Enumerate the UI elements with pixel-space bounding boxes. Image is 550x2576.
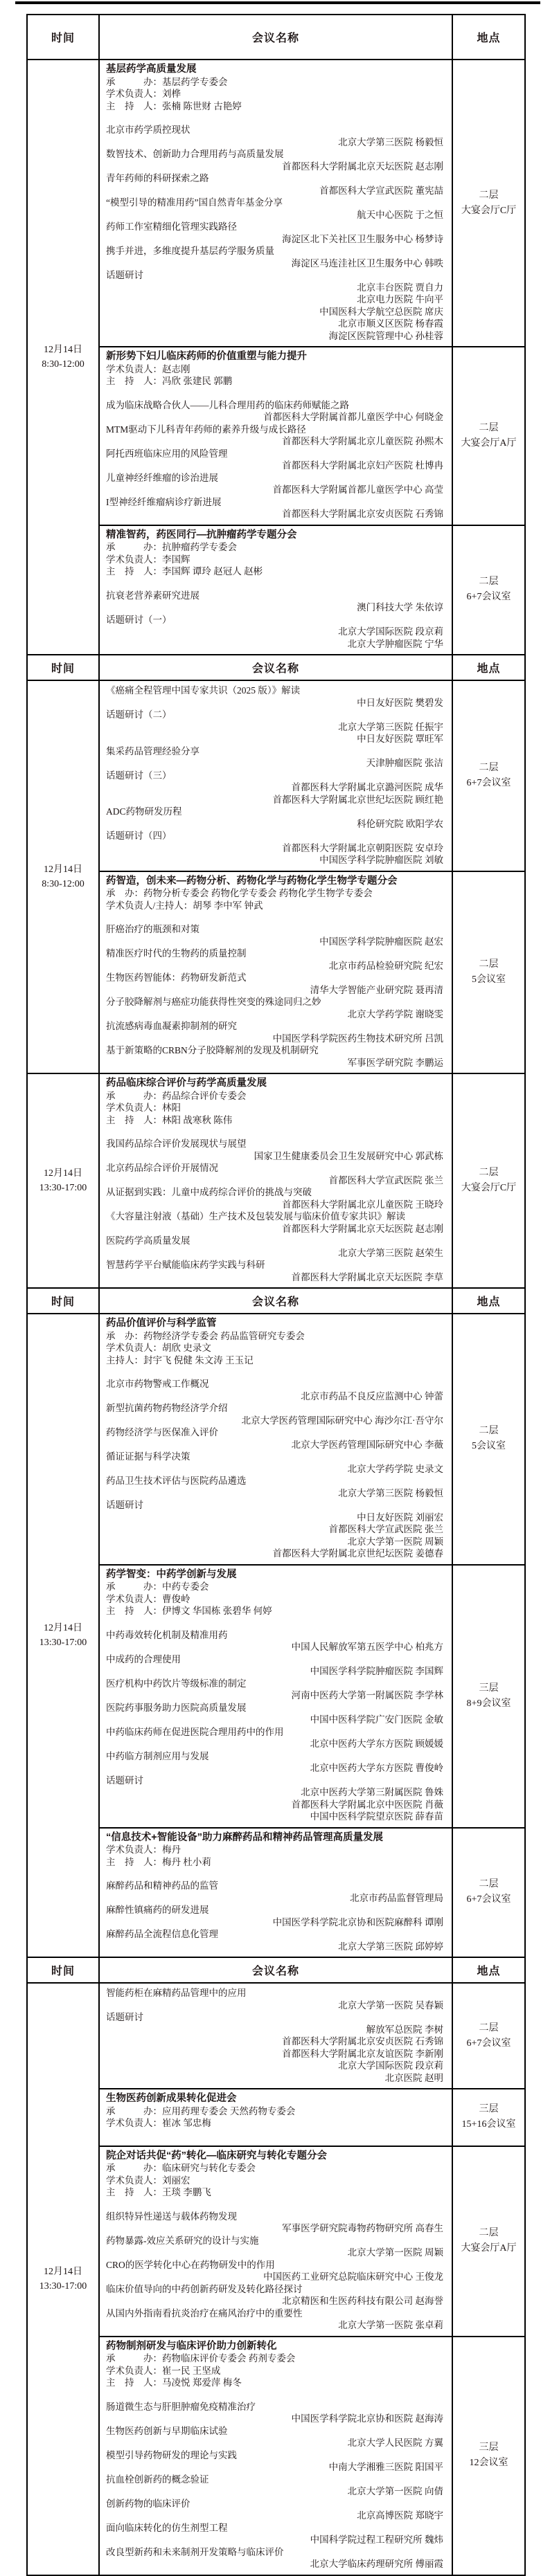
talk-item: 智能药柜在麻精药品管理中的应用北京大学第一医院 吴春颖 [106, 1987, 446, 2011]
session-meta-line: 学术负责人：崔一民 王坚成 [106, 2365, 446, 2377]
talk-item: 中药毒效转化机制及精准用药中国人民解放军第五医学中心 柏兆方 [106, 1629, 446, 1653]
talk-speaker: 首都医科大学附属北京儿童医院 王晓玲 [106, 1199, 446, 1211]
talk-item: 肝癌治疗的瓶颈和对策中国医学科学院肿瘤医院 赵宏 [106, 923, 446, 947]
talk-item: 话题研讨（二）北京大学第三医院 任振宇中日友好医院 覃旺军 [106, 709, 446, 745]
talk-speaker: 北京大学第一医院 向倩 [106, 2485, 446, 2498]
column-header-time: 时间 [27, 15, 99, 60]
talk-speaker: 中日友好医院 覃旺军 [106, 733, 446, 745]
session-header-block: 精准智药，药医同行—抗肿瘤药学专题分会承 办：抗肿瘤药学专委会学术负责人：李国辉… [106, 529, 446, 578]
talk-title: 组织特异性递送与载体药物发现 [106, 2211, 446, 2223]
talk-speaker: 首都医科大学宣武医院 董宪喆 [106, 185, 446, 197]
talk-speaker: 北京市顺义区医院 杨春霞 [106, 318, 446, 330]
talk-title: 抗血栓创新药的概念验证 [106, 2474, 446, 2486]
talk-speaker: 河南中医药大学第一附属医院 李学林 [106, 1689, 446, 1702]
talk-item: “模型引导的精准用药”国自然青年基金分享航天中心医院 于之恒 [106, 197, 446, 221]
header-row: 时间会议名称地点 [27, 1288, 525, 1314]
talk-speaker: 北京大学第三医院 杨毅恒 [106, 136, 446, 149]
talk-item: 话题研讨解放军总医院 李树首都医科大学附属北京安贞医院 石秀锦首都医科大学附属北… [106, 2011, 446, 2084]
location-cell: 二层6+7会议室 [452, 1983, 525, 2089]
location-cell: 二层5会议室 [452, 871, 525, 1074]
talk-item: 麻醉药品全流程信息化管理北京大学第三医院 邱婷婷 [106, 1928, 446, 1952]
session-meta-line: 主 持 人：林阳 战寒秋 陈伟 [106, 1114, 446, 1127]
talk-speaker: 首都医科大学附属北京天坛医院 赵志刚 [106, 1223, 446, 1235]
talk-speaker: 北京市药品不良反应监测中心 钟蕾 [106, 1390, 446, 1403]
talk-speaker: 北京大学第一医院 周颖 [106, 1536, 446, 1548]
talk-title: MTM驱动下儿科青年药师的素养升级与成长路径 [106, 424, 446, 436]
talk-speaker: 首都医科大学附属北京中医医院 肖薇 [106, 1799, 446, 1811]
schedule-table-head: 时间会议名称地点 [27, 15, 525, 60]
talk-item: 创新药物的临床评价北京高博医院 郑晓宇 [106, 2498, 446, 2522]
talk-title: 话题研讨 [106, 1775, 446, 1787]
session-row: 12月14日13:30-17:00药品价值评价与科学监管承 办：药物经济学专委会… [27, 1314, 525, 1565]
talk-speaker: 北京医院 赵明 [106, 2072, 446, 2085]
talk-speaker: 首都医科大学宣武医院 张兰 [106, 1523, 446, 1536]
talk-speaker: 北京大学临床药理研究所 傅丽霞 [106, 2558, 446, 2570]
location-line: 二层 [454, 1877, 523, 1892]
talk-title: 中成药的合理使用 [106, 1653, 446, 1666]
column-header-time: 时间 [27, 1957, 99, 1983]
session-cell: 精准智药，药医同行—抗肿瘤药学专题分会承 办：抗肿瘤药学专委会学术负责人：李国辉… [99, 525, 452, 655]
session-title: 院企对话共促“药”转化—临床研究与转化专题分会 [106, 2150, 446, 2163]
talk-speaker: 中国中医科学院广安门医院 金敏 [106, 1714, 446, 1726]
talk-item: 中药临方制剂应用与发展北京中医药大学东方医院 曹俊岭 [106, 1750, 446, 1775]
talk-speaker: 海淀区马连洼社区卫生服务中心 韩昳 [106, 257, 446, 270]
session-row: 药物制剂研发与临床评价助力创新转化承 办：药物临床评价专委会 药剂专委会学术负责… [27, 2337, 525, 2575]
talk-speaker: 中日友好医院 樊碧发 [106, 697, 446, 709]
talk-title: 改良型新药和未来制剂开发策略与临床评价 [106, 2546, 446, 2559]
talk-title: 抗流感病毒血凝素抑制剂的研究 [106, 1020, 446, 1033]
session-row: 12月14日8:30-12:00基层药学高质量发展承 办：基层药学专委会学术负责… [27, 60, 525, 347]
schedule-table: 时间会议名称地点12月14日13:30-17:00药品价值评价与科学监管承 办：… [26, 1287, 526, 1958]
talk-speaker: 首都医科大学附属首都儿童医学中心 何晓金 [106, 411, 446, 424]
session-title: 基层药学高质量发展 [106, 64, 446, 76]
talk-title: 创新药物的临床评价 [106, 2498, 446, 2510]
location-line: 三层 [454, 2440, 523, 2456]
session-cell: 智能药柜在麻精药品管理中的应用北京大学第一医院 吴春颖话题研讨解放军总医院 李树… [99, 1983, 452, 2089]
time-line: 13:30-17:00 [29, 2279, 97, 2294]
session-meta-line: 学术负责人：梅丹 [106, 1844, 446, 1856]
talk-title: 阿托西班临床应用的风险管理 [106, 448, 446, 460]
time-cell: 12月14日13:30-17:00 [27, 1314, 99, 1957]
talk-speaker: 北京大学药学院 史录文 [106, 1463, 446, 1476]
session-title: 药品价值评价与科学监管 [106, 1318, 446, 1330]
location-line: 8+9会议室 [454, 1696, 523, 1712]
talk-title: 临床价值导向的中药创新药研发及转化路径探讨 [106, 2283, 446, 2296]
talk-speaker: 中国医学科学院医药生物技术研究所 吕凯 [106, 1033, 446, 1045]
session-header-block: 院企对话共促“药”转化—临床研究与转化专题分会承 办：临床研究与转化专委会学术负… [106, 2150, 446, 2199]
location-line: 6+7会议室 [454, 2036, 523, 2051]
session-meta-line: 学术负责人：刘丽宏 [106, 2175, 446, 2187]
session-meta-line: 承 办：药品综合评价专委会 [106, 1090, 446, 1103]
talk-title: 话题研讨（一） [106, 614, 446, 626]
talk-item: 数智技术、创新助力合理用药与高质量发展首都医科大学附属北京天坛医院 赵志刚 [106, 148, 446, 172]
column-header-time: 时间 [27, 655, 99, 680]
talk-title: 基于新策略的CRBN分子胶降解剂的发现及机制研究 [106, 1044, 446, 1057]
talk-item: 临床价值导向的中药创新药研发及转化路径探讨北京精医和生医药科技有限公司 赵海誉 [106, 2283, 446, 2307]
talk-item: 药品卫生技术评估与医院药品遴选北京大学第三医院 杨毅恒 [106, 1475, 446, 1499]
session-meta-line: 承 办：抗肿瘤药学专委会 [106, 541, 446, 554]
talk-title: 药物暴露-效应关系研究的设计与实施 [106, 2235, 446, 2247]
talk-speaker: 首都医科大学附属北京安贞医院 石秀锦 [106, 2035, 446, 2048]
location-line: 6+7会议室 [454, 590, 523, 605]
header-row: 时间会议名称地点 [27, 655, 525, 680]
session-meta-line: 学术负责人：林阳 [106, 1102, 446, 1114]
talk-item: 《大容量注射液（基础）生产技术及包装发展与临床价值专家共识》解读首都医科大学附属… [106, 1210, 446, 1235]
talk-speaker: 科伦研究院 欧阳学农 [106, 818, 446, 831]
page-top-rule [15, 1, 540, 4]
talk-speaker: 北京大学第一医院 周颖 [106, 2247, 446, 2259]
location-line: 15+16会议室 [454, 2117, 523, 2132]
talk-speaker: 中南大学湘雅三医院 阳国平 [106, 2461, 446, 2474]
talk-title: 成为临床战略合伙人——儿科合理用药的临床药师赋能之路 [106, 399, 446, 412]
talk-speaker: 北京大学医药管理国际研究中心 李薇 [106, 1439, 446, 1451]
session-cell: 新形势下妇儿临床药师的价值重塑与能力提升学术负责人：赵志刚主 持 人：冯欣 张建… [99, 347, 452, 525]
talk-speaker: 中国医学科学院肿瘤医院 李国辉 [106, 1665, 446, 1678]
talk-speaker: 天津肿瘤医院 张洁 [106, 757, 446, 770]
talk-title: 模型引导药物研发的理论与实践 [106, 2449, 446, 2462]
session-row: “信息技术+智能设备”助力麻醉药品和精神药品管理高质量发展学术负责人：梅丹主 持… [27, 1828, 525, 1958]
talk-speaker: 北京市药品监督管理局 [106, 1892, 446, 1905]
session-header-block: 药智造，创未来—药物分析、药物化学与药物化学生物学专题分会承 办：药物分析专委会… [106, 876, 446, 912]
talk-speaker: 北京大学国际医院 段京莉 [106, 2060, 446, 2072]
session-meta-line: 承 办：中药专委会 [106, 1581, 446, 1593]
talk-item: 抗血栓创新药的概念验证北京大学第一医院 向倩 [106, 2474, 446, 2498]
location-line: 大宴会厅C厅 [454, 1181, 523, 1196]
talk-title: 生物医药智能体：药物研发新范式 [106, 972, 446, 984]
talk-speaker: 军事医学研究院毒物药物研究所 高春生 [106, 2222, 446, 2235]
session-meta-line: 承 办：应用药理专委会 天然药物专委会 [106, 2105, 446, 2118]
session-meta-line: 主 持 人：李国辉 谭玲 赵冠人 赵彬 [106, 565, 446, 578]
session-row: 新形势下妇儿临床药师的价值重塑与能力提升学术负责人：赵志刚主 持 人：冯欣 张建… [27, 347, 525, 525]
location-line: 大宴会厅A厅 [454, 2241, 523, 2256]
session-title: 药智造，创未来—药物分析、药物化学与药物化学生物学专题分会 [106, 876, 446, 888]
session-cell: 药学智变：中药学创新与发展承 办：中药专委会学术负责人：曹俊岭主 持 人：伊博文… [99, 1565, 452, 1828]
session-row: 12月14日13:30-17:00智能药柜在麻精药品管理中的应用北京大学第一医院… [27, 1983, 525, 2089]
session-cell: 《癌痛全程管理中国专家共识（2025 版）》解读中日友好医院 樊碧发话题研讨（二… [99, 680, 452, 871]
talk-speaker: 首都医科大学附属北京安贞医院 石秀锦 [106, 508, 446, 520]
talk-item: 成为临床战略合伙人——儿科合理用药的临床药师赋能之路首都医科大学附属首都儿童医学… [106, 399, 446, 424]
talk-speaker: 中国医药工业研究总院临床研究中心 王俊龙 [106, 2271, 446, 2283]
talk-item: 青年药师的科研探索之路首都医科大学宣武医院 董宪喆 [106, 172, 446, 197]
time-line: 12月14日 [29, 2265, 97, 2279]
talk-speaker: 中国医科大学航空总医院 席庆 [106, 306, 446, 318]
location-line: 二层 [454, 188, 523, 203]
time-line: 8:30-12:00 [29, 877, 97, 891]
talk-item: 智慧药学平台赋能临床药学实践与科研首都医科大学附属北京天坛医院 李草 [106, 1259, 446, 1283]
talk-title: 麻醉性镇痛药的研发进展 [106, 1904, 446, 1916]
time-cell: 12月14日13:30-17:00 [27, 1983, 99, 2575]
header-row: 时间会议名称地点 [27, 15, 525, 60]
talk-speaker: 海淀区北下关社区卫生服务中心 杨梦诗 [106, 233, 446, 246]
talk-item: 话题研讨（一）北京大学国际医院 段京莉北京大学肿瘤医院 宁华 [106, 614, 446, 651]
talk-title: I型神经纤维瘤病诊疗新进展 [106, 496, 446, 509]
talk-item: 药物经济学与医保准入评价北京大学医药管理国际研究中心 李薇 [106, 1426, 446, 1451]
talk-item: ADC药物研发历程科伦研究院 欧阳学农 [106, 806, 446, 830]
session-header-block: 基层药学高质量发展承 办：基层药学专委会学术负责人：刘桦主 持 人：张楠 陈世财… [106, 64, 446, 112]
talk-speaker: 北京大学第三医院 任振宇 [106, 721, 446, 734]
talk-title: 中药临床药师在促进医院合理用药中的作用 [106, 1726, 446, 1739]
talk-title: 智能药柜在麻精药品管理中的应用 [106, 1987, 446, 1999]
talk-title: 《癌痛全程管理中国专家共识（2025 版）》解读 [106, 684, 446, 697]
session-title: 新形势下妇儿临床药师的价值重塑与能力提升 [106, 351, 446, 363]
session-row: 药智造，创未来—药物分析、药物化学与药物化学生物学专题分会承 办：药物分析专委会… [27, 871, 525, 1074]
talk-title: 话题研讨（二） [106, 709, 446, 721]
talk-speaker: 北京大学第三医院 杨毅恒 [106, 1487, 446, 1500]
location-line: 大宴会厅C厅 [454, 203, 523, 219]
session-meta-line: 主 持 人：马凌悦 郑爱萍 梅冬 [106, 2377, 446, 2389]
location-line: 二层 [454, 2021, 523, 2036]
talk-item: 医疗机构中药饮片等级标准的制定河南中医药大学第一附属医院 李学林 [106, 1678, 446, 1702]
talk-item: 药物暴露-效应关系研究的设计与实施北京大学第一医院 周颖 [106, 2235, 446, 2259]
talk-item: 话题研讨中日友好医院 刘丽宏首都医科大学宣武医院 张兰北京大学第一医院 周颖首都… [106, 1499, 446, 1560]
talk-item: 基于新策略的CRBN分子胶降解剂的发现及机制研究军事医学研究院 李鹏运 [106, 1044, 446, 1069]
time-line: 13:30-17:00 [29, 1635, 97, 1650]
column-header-location: 地点 [452, 15, 525, 60]
talk-speaker: 首都医科大学附属北京世纪坛医院 顾红艳 [106, 794, 446, 806]
session-meta-line: 主 持 人：伊博文 华国栋 张碧华 何婷 [106, 1605, 446, 1617]
session-header-block: 药学智变：中药学创新与发展承 办：中药专委会学术负责人：曹俊岭主 持 人：伊博文… [106, 1569, 446, 1617]
session-cell: 院企对话共促“药”转化—临床研究与转化专题分会承 办：临床研究与转化专委会学术负… [99, 2146, 452, 2337]
location-line: 二层 [454, 957, 523, 972]
talk-item: 药师工作室精细化管理实践路径海淀区北下关社区卫生服务中心 杨梦诗 [106, 221, 446, 245]
talk-item: 话题研讨北京丰台医院 贾自力北京电力医院 牛向平中国医科大学航空总医院 席庆北京… [106, 269, 446, 342]
location-cell: 二层5会议室 [452, 1314, 525, 1565]
talk-title: 北京市药学质控现状 [106, 124, 446, 136]
talk-speaker: 首都医科大学附属北京世纪坛医院 姜德春 [106, 1548, 446, 1560]
session-row: 生物医药创新成果转化促进会承 办：应用药理专委会 天然药物专委会学术负责人：崔冰… [27, 2089, 525, 2146]
location-cell: 三层15+16会议室 [452, 2089, 525, 2146]
session-header-block: 药品价值评价与科学监管承 办：药物经济学专委会 药品监管研究专委会学术负责人：胡… [106, 1318, 446, 1366]
location-cell: 二层大宴会厅A厅 [452, 2146, 525, 2337]
session-row: 12月14日8:30-12:00《癌痛全程管理中国专家共识（2025 版）》解读… [27, 680, 525, 871]
location-line: 三层 [454, 1681, 523, 1696]
time-line: 12月14日 [29, 1166, 97, 1181]
talk-speaker: 首都医科大学附属北京友谊医院 李新刚 [106, 2048, 446, 2060]
session-meta-line: 学术负责人：胡欣 史录文 [106, 1342, 446, 1354]
talk-speaker: 航天中心医院 于之恒 [106, 209, 446, 221]
talk-speaker: 北京精医和生医药科技有限公司 赵海誉 [106, 2295, 446, 2307]
talk-title: 从证据到实践：儿童中成药综合评价的挑战与突破 [106, 1186, 446, 1199]
session-title: 药物制剂研发与临床评价助力创新转化 [106, 2341, 446, 2353]
talk-speaker: 澳门科技大学 朱依谆 [106, 601, 446, 614]
location-cell: 三层8+9会议室 [452, 1565, 525, 1828]
schedule-table-body: 12月14日8:30-12:00《癌痛全程管理中国专家共识（2025 版）》解读… [27, 680, 525, 1288]
talk-title: 麻醉药品和精神药品的监管 [106, 1880, 446, 1892]
session-cell: 生物医药创新成果转化促进会承 办：应用药理专委会 天然药物专委会学术负责人：崔冰… [99, 2089, 452, 2146]
location-line: 6+7会议室 [454, 1892, 523, 1907]
talk-title: 北京药品综合评价开展情况 [106, 1162, 446, 1174]
column-header-name: 会议名称 [99, 1957, 452, 1983]
talk-speaker: 北京大学医药管理国际研究中心 海沙尔江·吾守尔 [106, 1415, 446, 1427]
time-cell: 12月14日13:30-17:00 [27, 1073, 99, 1288]
talk-speaker: 北京大学肿瘤医院 宁华 [106, 638, 446, 651]
session-header-block: “信息技术+智能设备”助力麻醉药品和精神药品管理高质量发展学术负责人：梅丹主 持… [106, 1832, 446, 1869]
time-line: 8:30-12:00 [29, 357, 97, 372]
talk-title: 医院药事服务助力医院高质量发展 [106, 1702, 446, 1714]
talk-speaker: 北京大学药学院 谢晓雯 [106, 1008, 446, 1021]
session-meta-line: 学术负责人：刘桦 [106, 88, 446, 100]
location-line: 6+7会议室 [454, 776, 523, 791]
session-cell: 药品价值评价与科学监管承 办：药物经济学专委会 药品监管研究专委会学术负责人：胡… [99, 1314, 452, 1565]
talk-title: 话题研讨（四） [106, 830, 446, 842]
talk-speaker: 北京电力医院 牛向平 [106, 293, 446, 306]
talk-item: 携手并进，多维度提升基层药学服务质量海淀区马连洼社区卫生服务中心 韩昳 [106, 245, 446, 269]
session-title: 药品临床综合评价与药学高质量发展 [106, 1078, 446, 1090]
session-meta-line: 学术负责人：曹俊岭 [106, 1593, 446, 1606]
talk-item: 从证据到实践：儿童中成药综合评价的挑战与突破首都医科大学附属北京儿童医院 王晓玲 [106, 1186, 446, 1210]
location-line: 12会议室 [454, 2456, 523, 2471]
time-cell: 12月14日8:30-12:00 [27, 60, 99, 655]
talk-title: ADC药物研发历程 [106, 806, 446, 818]
session-cell: 基层药学高质量发展承 办：基层药学专委会学术负责人：刘桦主 持 人：张楠 陈世财… [99, 60, 452, 347]
location-cell: 二层大宴会厅C厅 [452, 1073, 525, 1288]
location-cell: 二层大宴会厅A厅 [452, 347, 525, 525]
talk-title: 新型抗菌药物药物经济学介绍 [106, 1402, 446, 1415]
talk-title: 话题研讨 [106, 2011, 446, 2024]
talk-item: 话题研讨（四）首都医科大学附属北京朝阳医院 安卓玲中国医学科学院肿瘤医院 刘敏 [106, 830, 446, 867]
talk-item: 分子胶降解剂与癌症功能获得性突变的殊途同归之妙北京大学药学院 谢晓雯 [106, 996, 446, 1020]
session-meta-line: 学术负责人：崔冰 邹忠梅 [106, 2117, 446, 2130]
talk-speaker: 解放军总医院 李树 [106, 2024, 446, 2036]
talk-title: CRO的医学转化中心在药物研发中的作用 [106, 2259, 446, 2271]
talk-speaker: 北京高博医院 郑晓宇 [106, 2510, 446, 2522]
talk-item: 北京市药学质控现状北京大学第三医院 杨毅恒 [106, 124, 446, 148]
session-meta-line: 学术负责人：赵志刚 [106, 363, 446, 376]
talk-title: 中药临方制剂应用与发展 [106, 1750, 446, 1763]
session-cell: 药物制剂研发与临床评价助力创新转化承 办：药物临床评价专委会 药剂专委会学术负责… [99, 2337, 452, 2575]
location-line: 二层 [454, 1424, 523, 1439]
talk-item: 组织特异性递送与载体药物发现军事医学研究院毒物药物研究所 高春生 [106, 2211, 446, 2235]
talk-title: 药物经济学与医保准入评价 [106, 1426, 446, 1439]
session-title: 生物医药创新成果转化促进会 [106, 2093, 446, 2105]
talk-item: MTM驱动下儿科青年药师的素养升级与成长路径首都医科大学附属北京儿童医院 孙熙木 [106, 424, 446, 448]
session-row: 院企对话共促“药”转化—临床研究与转化专题分会承 办：临床研究与转化专委会学术负… [27, 2146, 525, 2337]
talk-title: 药品卫生技术评估与医院药品遴选 [106, 1475, 446, 1487]
talk-item: 医院药事服务助力医院高质量发展中国中医科学院广安门医院 金敏 [106, 1702, 446, 1726]
time-line: 12月14日 [29, 862, 97, 877]
session-meta-line: 主 持 人：王琰 李鹏飞 [106, 2186, 446, 2199]
talk-title: 儿童神经纤维瘤的诊治进展 [106, 472, 446, 484]
schedule-table: 时间会议名称地点12月14日13:30-17:00智能药柜在麻精药品管理中的应用… [26, 1957, 526, 2576]
talk-title: 智慧药学平台赋能临床药学实践与科研 [106, 1259, 446, 1271]
talk-speaker: 北京中医药大学东方医院 顾媛媛 [106, 1738, 446, 1750]
column-header-name: 会议名称 [99, 15, 452, 60]
location-line: 三层 [454, 2102, 523, 2117]
talk-item: 从国内外指南看抗炎治疗在痛风治疗中的重要性北京大学第一医院 张卓莉 [106, 2307, 446, 2332]
talk-item: 《癌痛全程管理中国专家共识（2025 版）》解读中日友好医院 樊碧发 [106, 684, 446, 709]
talk-speaker: 北京中医药大学第三附属医院 鲁姝 [106, 1786, 446, 1799]
talk-speaker: 首都医科大学附属北京儿童医院 孙熙木 [106, 435, 446, 448]
talk-speaker: 首都医科大学宣武医院 张兰 [106, 1174, 446, 1187]
talk-item: 麻醉药品和精神药品的监管北京市药品监督管理局 [106, 1880, 446, 1904]
talk-title: 话题研讨（三） [106, 770, 446, 782]
talk-title: 分子胶降解剂与癌症功能获得性突变的殊途同归之妙 [106, 996, 446, 1008]
location-cell: 二层6+7会议室 [452, 680, 525, 871]
talk-item: 话题研讨北京中医药大学第三附属医院 鲁姝首都医科大学附属北京中医医院 肖薇中国中… [106, 1775, 446, 1823]
session-row: 12月14日13:30-17:00药品临床综合评价与药学高质量发展承 办：药品综… [27, 1073, 525, 1288]
time-line: 12月14日 [29, 1621, 97, 1635]
talk-speaker: 北京大学第三医院 邱婷婷 [106, 1941, 446, 1953]
talk-speaker: 北京大学第一医院 吴春颖 [106, 1999, 446, 2012]
session-header-block: 药品临床综合评价与药学高质量发展承 办：药品综合评价专委会学术负责人：林阳主 持… [106, 1078, 446, 1126]
talk-speaker: 首都医科大学附属北京朝阳医院 安卓玲 [106, 842, 446, 855]
talk-title: “模型引导的精准用药”国自然青年基金分享 [106, 197, 446, 209]
talk-item: 话题研讨（三）首都医科大学附属北京潞河医院 成华首都医科大学附属北京世纪坛医院 … [106, 770, 446, 806]
talk-speaker: 中国医学科学院北京协和医院 赵海涛 [106, 2413, 446, 2425]
talk-item: CRO的医学转化中心在药物研发中的作用中国医药工业研究总院临床研究中心 王俊龙 [106, 2259, 446, 2283]
schedule-document: 时间会议名称地点12月14日8:30-12:00基层药学高质量发展承 办：基层药… [26, 14, 550, 2576]
talk-item: 医院药学高质量发展北京大学第三医院 赵荣生 [106, 1235, 446, 1259]
schedule-table-body: 12月14日13:30-17:00智能药柜在麻精药品管理中的应用北京大学第一医院… [27, 1983, 525, 2575]
session-title: 药学智变：中药学创新与发展 [106, 1569, 446, 1581]
talk-title: 精准医疗时代的生物药的质量控制 [106, 947, 446, 960]
talk-title: 面向临床转化的仿生剂型工程 [106, 2522, 446, 2534]
talk-speaker: 北京大学国际医院 段京莉 [106, 626, 446, 638]
time-cell: 12月14日8:30-12:00 [27, 680, 99, 1073]
column-header-location: 地点 [452, 1288, 525, 1314]
talk-speaker: 首都医科大学附属北京妇产医院 杜博冉 [106, 460, 446, 472]
talk-speaker: 中国医学科学院肿瘤医院 赵宏 [106, 936, 446, 948]
schedule-table-body: 12月14日13:30-17:00药品价值评价与科学监管承 办：药物经济学专委会… [27, 1314, 525, 1957]
session-cell: 药品临床综合评价与药学高质量发展承 办：药品综合评价专委会学术负责人：林阳主 持… [99, 1073, 452, 1288]
talk-title: 医院药学高质量发展 [106, 1235, 446, 1247]
talk-item: 北京药品综合评价开展情况首都医科大学宣武医院 张兰 [106, 1162, 446, 1186]
talk-item: 抗衰老营养素研究进展澳门科技大学 朱依谆 [106, 590, 446, 614]
column-header-name: 会议名称 [99, 655, 452, 680]
location-line: 5会议室 [454, 1439, 523, 1454]
talk-speaker: 北京大学第三医院 赵荣生 [106, 1247, 446, 1260]
talk-item: 我国药品综合评价发展现状与展望国家卫生健康委员会卫生发展研究中心 郭武栋 [106, 1138, 446, 1162]
talk-speaker: 国家卫生健康委员会卫生发展研究中心 郭武栋 [106, 1150, 446, 1163]
session-header-block: 生物医药创新成果转化促进会承 办：应用药理专委会 天然药物专委会学术负责人：崔冰… [106, 2093, 446, 2130]
session-cell: 药智造，创未来—药物分析、药物化学与药物化学生物学专题分会承 办：药物分析专委会… [99, 871, 452, 1074]
talk-item: 北京市药物警戒工作概况北京市药品不良反应监测中心 钟蕾 [106, 1378, 446, 1402]
talk-speaker: 首都医科大学附属北京潞河医院 成华 [106, 781, 446, 794]
location-cell: 二层大宴会厅C厅 [452, 60, 525, 347]
column-header-name: 会议名称 [99, 1288, 452, 1314]
talk-speaker: 中国医学科学院北京协和医院麻醉科 谭刚 [106, 1916, 446, 1929]
location-line: 二层 [454, 1165, 523, 1181]
talk-title: 话题研讨 [106, 1499, 446, 1512]
talk-title: 青年药师的科研探索之路 [106, 172, 446, 185]
talk-item: 模型引导药物研发的理论与实践中南大学湘雅三医院 阳国平 [106, 2449, 446, 2474]
talk-speaker: 清华大学智能产业研究院 聂再清 [106, 984, 446, 997]
talk-title: 中药毒效转化机制及精准用药 [106, 1629, 446, 1642]
session-header-block: 新形势下妇儿临床药师的价值重塑与能力提升学术负责人：赵志刚主 持 人：冯欣 张建… [106, 351, 446, 388]
talk-title: 生物医药创新与早期临床试验 [106, 2425, 446, 2438]
talk-item: 抗流感病毒血凝素抑制剂的研究中国医学科学院医药生物技术研究所 吕凯 [106, 1020, 446, 1044]
schedule-table-head: 时间会议名称地点 [27, 655, 525, 680]
location-cell: 二层6+7会议室 [452, 525, 525, 655]
talk-speaker: 北京市药品检验研究院 纪宏 [106, 960, 446, 972]
location-line: 二层 [454, 761, 523, 776]
talk-title: 循证证据与科学决策 [106, 1451, 446, 1463]
talk-title: 集采药品管理经验分享 [106, 745, 446, 758]
talk-item: 麻醉性镇痛药的研发进展中国医学科学院北京协和医院麻醉科 谭刚 [106, 1904, 446, 1928]
talk-speaker: 北京中医药大学东方医院 曹俊岭 [106, 1762, 446, 1775]
session-meta-line: 承 办：基层药学专委会 [106, 76, 446, 89]
talk-item: 中药临床药师在促进医院合理用药中的作用北京中医药大学东方医院 顾媛媛 [106, 1726, 446, 1750]
header-row: 时间会议名称地点 [27, 1957, 525, 1983]
session-meta-line: 主 持 人：张楠 陈世财 古艳婷 [106, 100, 446, 113]
talk-title: 肠道微生态与肝胆肿瘤免疫精准治疗 [106, 2401, 446, 2413]
session-title: “信息技术+智能设备”助力麻醉药品和精神药品管理高质量发展 [106, 1832, 446, 1844]
talk-item: 生物医药智能体：药物研发新范式清华大学智能产业研究院 聂再清 [106, 972, 446, 996]
session-meta-line: 主持人：封宇飞 倪健 朱文涛 王玉记 [106, 1354, 446, 1367]
talk-title: 话题研讨 [106, 269, 446, 282]
session-cell: “信息技术+智能设备”助力麻醉药品和精神药品管理高质量发展学术负责人：梅丹主 持… [99, 1828, 452, 1958]
talk-item: I型神经纤维瘤病诊疗新进展首都医科大学附属北京安贞医院 石秀锦 [106, 496, 446, 520]
